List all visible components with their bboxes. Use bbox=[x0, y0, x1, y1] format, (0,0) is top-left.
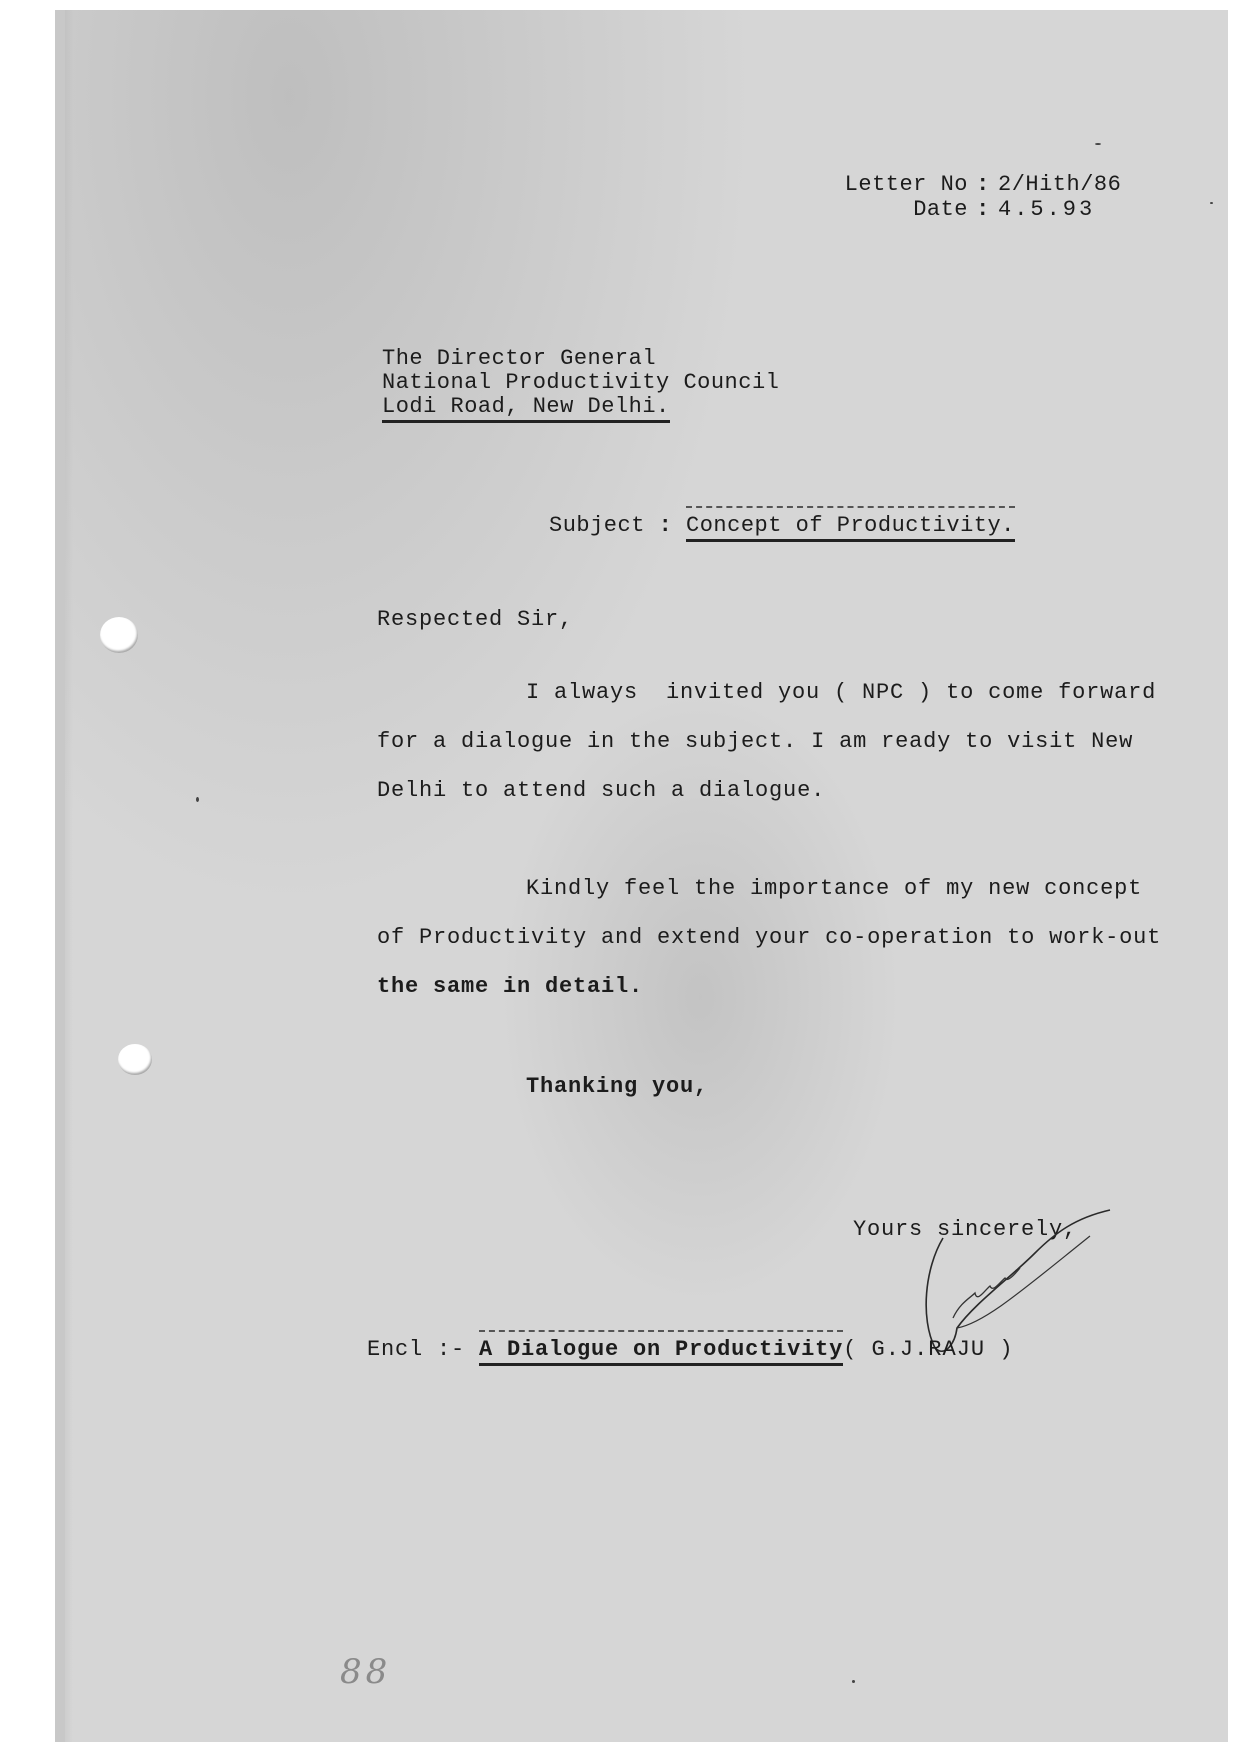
date-separator: : bbox=[968, 198, 998, 222]
letter-number-value: 2/Hith/86 bbox=[998, 172, 1121, 197]
scan-speck bbox=[1210, 202, 1213, 204]
recipient-address: Lodi Road, New Delhi. bbox=[382, 395, 670, 419]
handwritten-page-number: 88 bbox=[340, 1652, 391, 1692]
date-line: Date:4.5.93 bbox=[823, 198, 1095, 222]
date-label: Date bbox=[823, 198, 968, 222]
page-edge-shadow bbox=[55, 10, 65, 1742]
recipient-address-text: Lodi Road, New Delhi. bbox=[382, 394, 670, 423]
recipient-organization: National Productivity Council bbox=[382, 371, 779, 395]
subject-line: Subject : Concept of Productivity. bbox=[549, 514, 1015, 538]
paragraph-2-line-2: of Productivity and extend your co-opera… bbox=[377, 926, 1161, 950]
signatory-name: ( G.J.RAJU ) bbox=[843, 1337, 1013, 1362]
scan-speck bbox=[1095, 143, 1101, 145]
enclosure-line: Encl :- A Dialogue on Productivity( G.J.… bbox=[367, 1338, 1014, 1362]
punch-hole-top bbox=[100, 617, 138, 653]
punch-hole-bottom bbox=[118, 1044, 152, 1075]
paragraph-1-line-1: I always invited you ( NPC ) to come for… bbox=[526, 681, 1156, 705]
enclosure-label: Encl :- bbox=[367, 1337, 465, 1362]
enclosure-title: A Dialogue on Productivity bbox=[479, 1337, 843, 1366]
scan-speck bbox=[196, 797, 199, 802]
paragraph-2-line-1: Kindly feel the importance of my new con… bbox=[526, 877, 1142, 901]
recipient-title: The Director General bbox=[382, 347, 656, 371]
date-value: 4.5.93 bbox=[998, 197, 1095, 222]
letter-number-separator: : bbox=[968, 173, 998, 197]
letter-number-line: Letter No:2/Hith/86 bbox=[823, 173, 1121, 197]
subject-text: Concept of Productivity. bbox=[686, 513, 1015, 542]
handwritten-signature-icon bbox=[915, 1208, 1115, 1358]
paragraph-1-line-2: for a dialogue in the subject. I am read… bbox=[377, 730, 1133, 754]
thanks-line: Thanking you, bbox=[526, 1075, 708, 1099]
subject-label: Subject bbox=[549, 513, 645, 538]
paragraph-2-line-3: the same in detail. bbox=[377, 975, 643, 999]
salutation: Respected Sir, bbox=[377, 608, 573, 632]
scan-speck bbox=[852, 1680, 855, 1683]
paragraph-1-line-3: Delhi to attend such a dialogue. bbox=[377, 779, 825, 803]
subject-separator: : bbox=[659, 513, 673, 538]
letter-number-label: Letter No bbox=[823, 173, 968, 197]
